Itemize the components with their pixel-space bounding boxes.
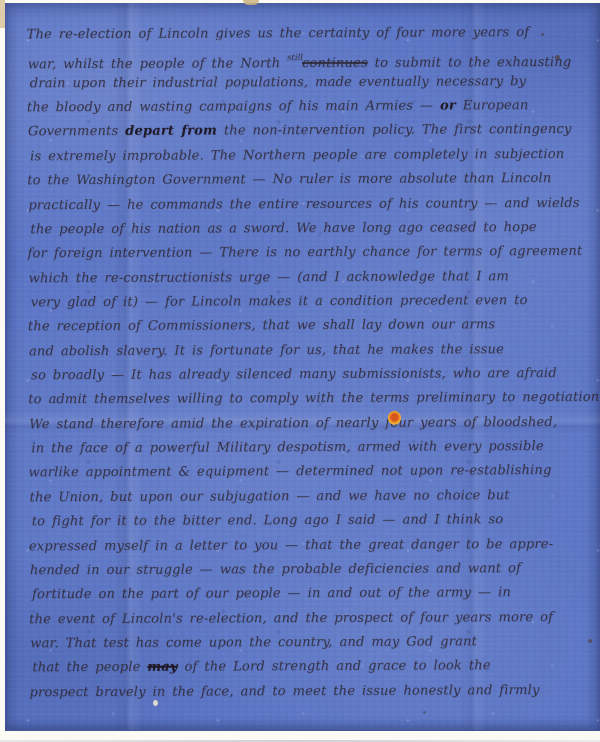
- text-segment: The re-election of Lincoln gives us the …: [27, 25, 530, 42]
- text-segment: to the Washington Government — No ruler …: [27, 171, 551, 188]
- text-line: drain upon their industrial populations,…: [30, 69, 597, 96]
- text-segment: prospect bravely in the face, and to mee…: [29, 683, 539, 700]
- text-line: Governments depart from the non-interven…: [28, 118, 597, 145]
- text-segment: expressed myself in a letter to you — th…: [29, 537, 554, 554]
- text-line: that the people may of the Lord strength…: [32, 654, 599, 681]
- text-segment: Governments: [28, 124, 125, 139]
- text-line: the bloody and wasting campaigns of his …: [27, 94, 597, 121]
- text-line: the Union, but upon our subjugation — an…: [30, 484, 599, 511]
- text-line: the event of Lincoln's re-election, and …: [29, 605, 599, 632]
- foxing-speck: [423, 711, 426, 714]
- text-segment: to submit to the exhausting: [368, 55, 572, 71]
- text-segment: and abolish slavery. It is fortunate for…: [29, 342, 504, 359]
- text-segment: the non-intervention policy. The first c…: [217, 122, 572, 139]
- text-segment: in the face of a powerful Military despo…: [31, 439, 543, 456]
- text-segment-sup: still: [287, 53, 303, 63]
- text-line: very glad of it) — for Lincoln makes it …: [31, 289, 598, 316]
- text-segment: the reception of Commissioners, that we …: [28, 318, 495, 335]
- text-line: the reception of Commissioners, that we …: [28, 313, 598, 340]
- foxing-speck: [555, 55, 560, 60]
- text-segment: warlike appointment & equipment — determ…: [28, 463, 551, 480]
- text-line: and abolish slavery. It is fortunate for…: [29, 337, 598, 364]
- text-line: which the re-constructionists urge — (an…: [29, 264, 598, 291]
- text-line: in the face of a powerful Military despo…: [31, 435, 598, 462]
- text-segment: We stand therefore amid the expiration o…: [29, 415, 557, 432]
- text-segment: of the Lord strength and grace to look t…: [178, 659, 491, 675]
- text-line: We stand therefore amid the expiration o…: [29, 411, 598, 438]
- text-segment: hended in our struggle — was the probabl…: [30, 561, 521, 578]
- text-line: hended in our struggle — was the probabl…: [30, 557, 599, 584]
- text-line: fortitude on the part of our people — in…: [32, 581, 599, 608]
- orange-wax-dot: [388, 411, 401, 425]
- text-segment: very glad of it) — for Lincoln makes it …: [31, 293, 528, 310]
- text-segment: fortitude on the part of our people — in…: [32, 585, 511, 602]
- text-line: war, whilst the people of the North stil…: [28, 45, 597, 72]
- text-segment: the people of his nation as a sword. We …: [30, 220, 536, 237]
- scan-background: The re-election of Lincoln gives us the …: [0, 0, 600, 742]
- text-segment: European: [456, 98, 529, 113]
- text-line: expressed myself in a letter to you — th…: [29, 532, 599, 559]
- text-segment: so broadly — It has already silenced man…: [31, 366, 557, 383]
- text-line: practically — he commands the entire res…: [28, 191, 597, 218]
- text-segment: the Union, but upon our subjugation — an…: [30, 488, 510, 505]
- text-line: the people of his nation as a sword. We …: [30, 216, 597, 243]
- text-line: prospect bravely in the face, and to mee…: [29, 678, 599, 705]
- text-segment: practically — he commands the entire res…: [28, 195, 579, 212]
- page-edge-notch: [243, 0, 259, 5]
- letter-page: The re-election of Lincoln gives us the …: [5, 3, 600, 731]
- text-segment: the bloody and wasting campaigns of his …: [27, 99, 440, 116]
- text-line: to fight for it to the bitter end. Long …: [32, 508, 599, 535]
- text-segment: which the re-constructionists urge — (an…: [29, 269, 509, 286]
- text-line: so broadly — It has already silenced man…: [31, 362, 598, 389]
- text-segment-bold-strike: may: [147, 660, 177, 675]
- text-segment-bold: or: [440, 98, 456, 113]
- letter-text: The re-election of Lincoln gives us the …: [27, 21, 600, 706]
- text-line: for foreign intervention — There is no e…: [27, 240, 597, 267]
- text-line: is extremely improbable. The Northern pe…: [30, 143, 597, 170]
- text-segment: is extremely improbable. The Northern pe…: [30, 147, 564, 164]
- text-line: warlike appointment & equipment — determ…: [28, 459, 598, 486]
- text-line: to admit themselves willing to comply wi…: [28, 386, 598, 413]
- text-line: The re-election of Lincoln gives us the …: [27, 21, 597, 48]
- text-segment: drain upon their industrial populations,…: [30, 74, 526, 91]
- page-edge-tan-sliver: [0, 0, 5, 28]
- text-segment-bold: depart from: [125, 124, 217, 139]
- text-segment: the event of Lincoln's re-election, and …: [29, 610, 553, 627]
- text-segment: war, whilst the people of the North: [28, 56, 287, 72]
- text-segment: that the people: [32, 660, 147, 676]
- text-line: to the Washington Government — No ruler …: [27, 167, 597, 194]
- text-segment: war. That test has come upon the country…: [30, 634, 477, 651]
- text-segment: for foreign intervention — There is no e…: [27, 244, 582, 261]
- foxing-speck: [588, 639, 592, 643]
- text-segment: to admit themselves willing to comply wi…: [28, 390, 600, 408]
- text-segment: to fight for it to the bitter end. Long …: [32, 512, 504, 529]
- text-line: war. That test has come upon the country…: [30, 630, 599, 657]
- paper-fleck: [153, 700, 158, 706]
- text-segment-strike: continues: [302, 56, 368, 71]
- foxing-speck: [541, 33, 544, 36]
